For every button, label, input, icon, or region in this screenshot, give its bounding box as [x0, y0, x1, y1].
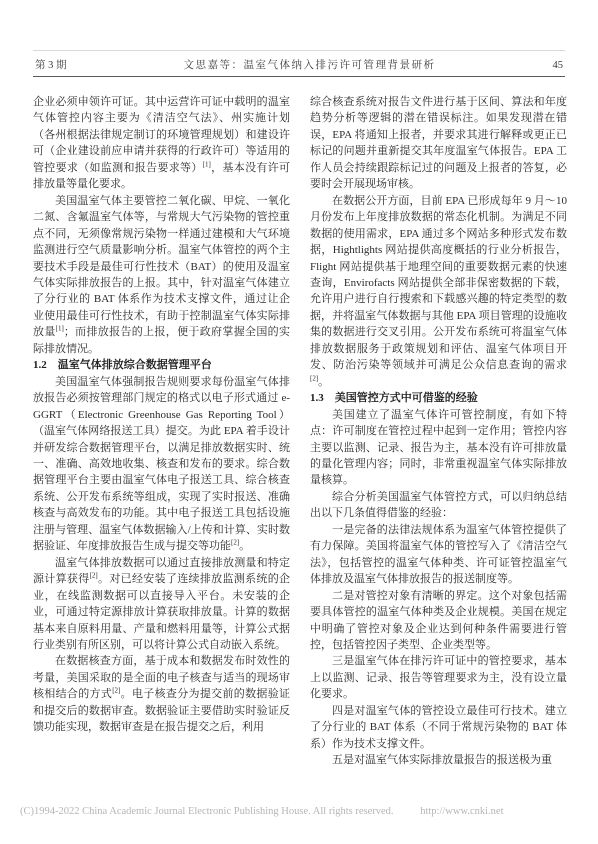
- page-number: 45: [553, 60, 564, 71]
- section-heading: 1.3 美国管控方式中可借鉴的经验: [310, 390, 567, 406]
- header-row: 第 3 期 文思嘉等：温室气体纳入排污许可管理背景研析 45: [33, 51, 565, 76]
- paragraph: 三是温室气体在排污许可证中的管控要求，基本上以监测、记录、报告等管理要求为主，没…: [310, 653, 567, 702]
- paragraph: 温室气体排放数据可以通过直接排放测量和特定源计算获得[2]。对已经安装了连续排放…: [33, 555, 290, 654]
- section-heading: 1.2 温室气体排放综合数据管理平台: [33, 357, 290, 373]
- paragraph: 在数据公开方面，目前 EPA 已形成每年 9 月～10 月份发布上年度排放数据的…: [310, 193, 567, 390]
- paragraph: 美国建立了温室气体许可管控制度，有如下特点：许可制度在管控过程中起到一定作用；管…: [310, 407, 567, 489]
- paragraph: 二是对管控对象有清晰的界定。这个对象包括需要具体管控的温室气体种类及企业规模。美…: [310, 588, 567, 654]
- paragraph: 在数据核查方面，基于成本和数据发布时效性的考量，美国采取的是全面的电子核查与适当…: [33, 653, 290, 735]
- page-header: 第 3 期 文思嘉等：温室气体纳入排污许可管理背景研析 45: [33, 50, 565, 77]
- paragraph: 四是对温室气体的管控设立最佳可行技术。建立了分行业的 BAT 体系（不同于常规污…: [310, 703, 567, 752]
- page-footer: (C)1994-2022 China Academic Journal Elec…: [20, 806, 580, 817]
- footer-url: http://www.cnki.net: [420, 806, 503, 817]
- citation-superscript: [1]: [203, 160, 211, 168]
- citation-superscript: [2]: [231, 539, 239, 547]
- left-column: 企业必须申领许可证。其中运营许可证中载明的温室气体管控内容主要为《清洁空气法》、…: [33, 94, 290, 769]
- citation-superscript: [2]: [310, 374, 318, 382]
- paragraph: 企业必须申领许可证。其中运营许可证中载明的温室气体管控内容主要为《清洁空气法》、…: [33, 94, 290, 193]
- journal-page: 第 3 期 文思嘉等：温室气体纳入排污许可管理背景研析 45 企业必须申领许可证…: [0, 0, 598, 844]
- paragraph: 综合核查系统对报告文件进行基于区间、算法和年度趋势分析等逻辑的潜在错误标注。如果…: [310, 94, 567, 193]
- right-column: 综合核查系统对报告文件进行基于区间、算法和年度趋势分析等逻辑的潜在错误标注。如果…: [310, 94, 567, 769]
- copyright-text: (C)1994-2022 China Academic Journal Elec…: [20, 806, 394, 817]
- header-bottom-rule: [33, 76, 565, 77]
- article-body: 企业必须申领许可证。其中运营许可证中载明的温室气体管控内容主要为《清洁空气法》、…: [33, 94, 567, 769]
- paragraph: 综合分析美国温室气体管控方式，可以归纳总结出以下几条值得借鉴的经验：: [310, 489, 567, 522]
- paragraph: 美国温室气体主要管控二氧化碳、甲烷、一氧化二氮、含氟温室气体等，与常规大气污染物…: [33, 193, 290, 358]
- running-title: 文思嘉等：温室气体纳入排污许可管理背景研析: [184, 57, 436, 72]
- citation-superscript: [2]: [90, 571, 98, 579]
- paragraph: 五是对温室气体实际排放量报告的报送极为重: [310, 752, 567, 768]
- journal-issue: 第 3 期: [35, 57, 67, 72]
- citation-superscript: [1]: [56, 325, 64, 333]
- paragraph: 一是完备的法律法规体系为温室气体管控提供了有力保障。美国将温室气体的管控写入了《…: [310, 522, 567, 588]
- paragraph: 美国温室气体强制报告规则要求每份温室气体排放报告必须按管理部门规定的格式以电子形…: [33, 374, 290, 555]
